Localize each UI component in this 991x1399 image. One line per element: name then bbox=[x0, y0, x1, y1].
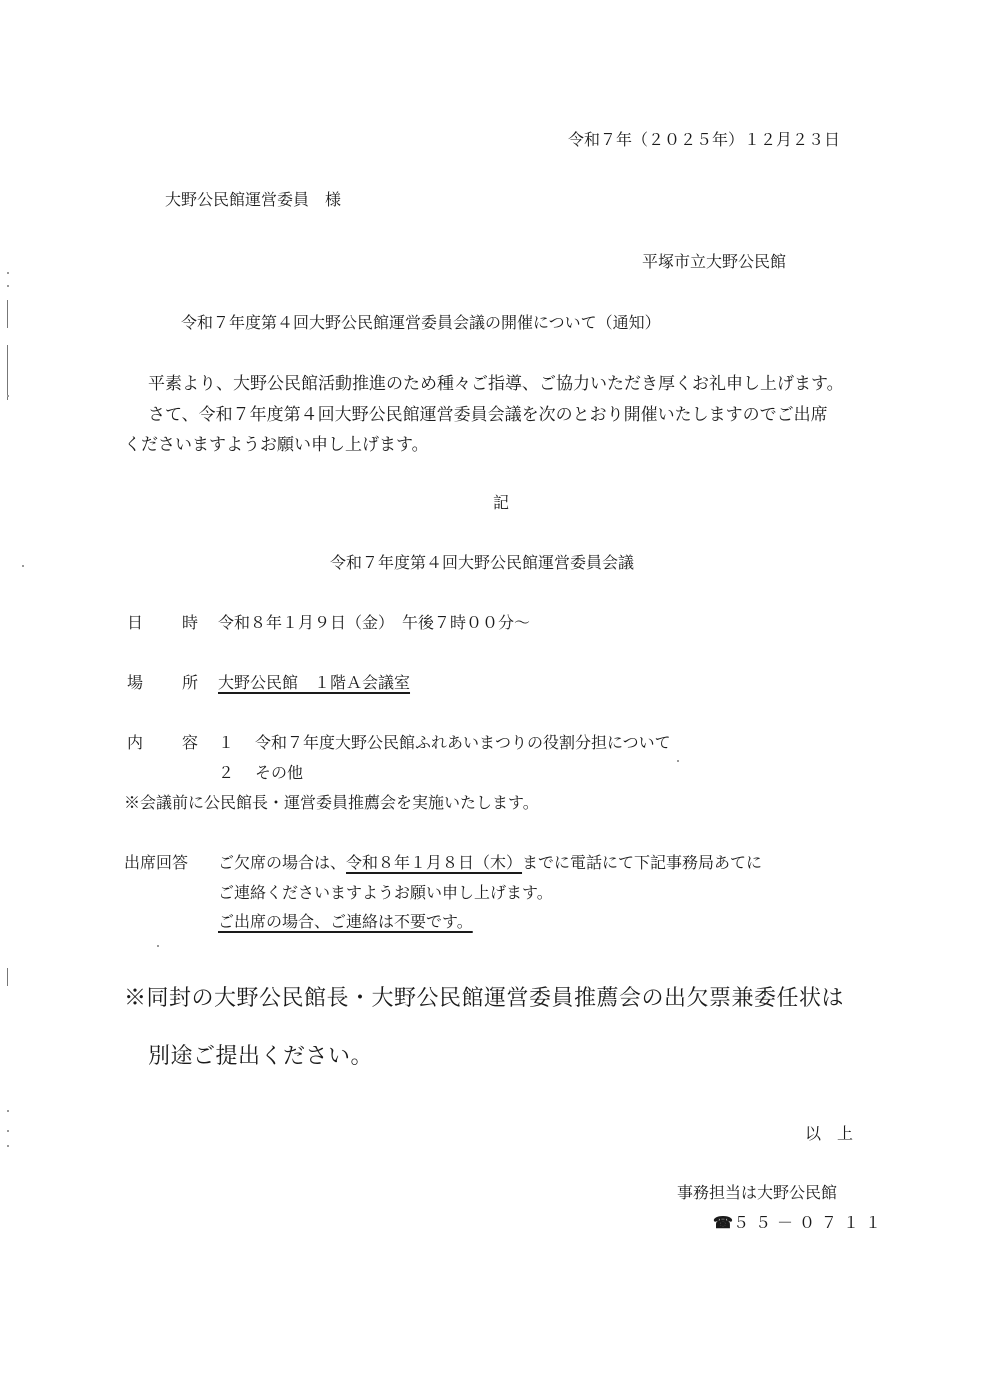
reply-deadline: 令和８年１月８日（木） bbox=[346, 853, 522, 872]
scan-dot bbox=[7, 272, 9, 274]
reply-line-1-pre: ご欠席の場合は、 bbox=[218, 853, 346, 872]
scan-dot bbox=[7, 1110, 9, 1112]
content-item-1-num: １ bbox=[218, 733, 234, 753]
scan-dot bbox=[677, 760, 679, 762]
content-note: ※会議前に公民館長・運営委員推薦会を実施いたします。 bbox=[124, 793, 539, 813]
datetime-value: 令和８年１月９日（金） 午後７時００分～ bbox=[218, 613, 530, 633]
datetime-label-a: 日 bbox=[127, 613, 143, 633]
content-label-b: 容 bbox=[182, 733, 198, 753]
enclosure-line-1: ※同封の大野公民館長・大野公民館運営委員推薦会の出欠票兼委任状は bbox=[124, 985, 844, 1013]
document-title: 令和７年度第４回大野公民館運営委員会議の開催について（通知） bbox=[181, 313, 661, 333]
place-label-a: 場 bbox=[127, 673, 143, 693]
phone-icon: ☎ bbox=[713, 1213, 733, 1232]
phone-number: ５５－０７１１ bbox=[733, 1213, 887, 1232]
reply-label: 出席回答 bbox=[124, 853, 188, 873]
scan-mark bbox=[7, 968, 8, 986]
scan-dot bbox=[7, 1145, 9, 1147]
scan-dot bbox=[157, 945, 159, 947]
datetime-label-b: 時 bbox=[182, 613, 198, 633]
ki-heading: 記 bbox=[493, 493, 509, 513]
enclosure-line-2: 別途ご提出ください。 bbox=[148, 1043, 373, 1071]
body-line-2: さて、令和７年度第４回大野公民館運営委員会議を次のとおり開催いたしますのでご出席 bbox=[148, 404, 828, 426]
content-item-2-num: ２ bbox=[218, 763, 234, 783]
reply-line-2: ご連絡くださいますようお願い申し上げます。 bbox=[218, 883, 553, 903]
body-line-1: 平素より、大野公民館活動推進のため種々ご指導、ご協力いただき厚くお礼申し上げます… bbox=[148, 373, 844, 395]
contact-office: 事務担当は大野公民館 bbox=[677, 1183, 837, 1203]
scan-dot bbox=[7, 395, 9, 397]
reply-line-1: ご欠席の場合は、令和８年１月８日（木）までに電話にて下記事務局あてに bbox=[218, 853, 762, 873]
sender: 平塚市立大野公民館 bbox=[642, 252, 786, 272]
reply-line-1-post: までに電話にて下記事務局あてに bbox=[522, 853, 762, 872]
closing: 以 上 bbox=[805, 1124, 853, 1144]
recipient: 大野公民館運営委員 様 bbox=[165, 190, 341, 210]
content-label-a: 内 bbox=[127, 733, 143, 753]
contact-phone: ☎５５－０７１１ bbox=[713, 1213, 887, 1233]
document-date: 令和７年（２０２５年）１２月２３日 bbox=[568, 130, 840, 150]
content-item-1-text: 令和７年度大野公民館ふれあいまつりの役割分担について bbox=[255, 733, 671, 753]
scan-dot bbox=[7, 1130, 9, 1132]
reply-line-3: ご出席の場合、ご連絡は不要です。 bbox=[218, 912, 473, 932]
body-line-3: くださいますようお願い申し上げます。 bbox=[124, 434, 429, 456]
scan-mark bbox=[7, 300, 8, 328]
meeting-name: 令和７年度第４回大野公民館運営委員会議 bbox=[330, 553, 634, 573]
place-label-b: 所 bbox=[182, 673, 198, 693]
place-value: 大野公民館 １階Ａ会議室 bbox=[218, 673, 410, 693]
scan-mark bbox=[7, 345, 8, 400]
content-item-2-text: その他 bbox=[255, 763, 303, 783]
scan-dot bbox=[7, 285, 9, 287]
scan-dot bbox=[22, 565, 24, 567]
